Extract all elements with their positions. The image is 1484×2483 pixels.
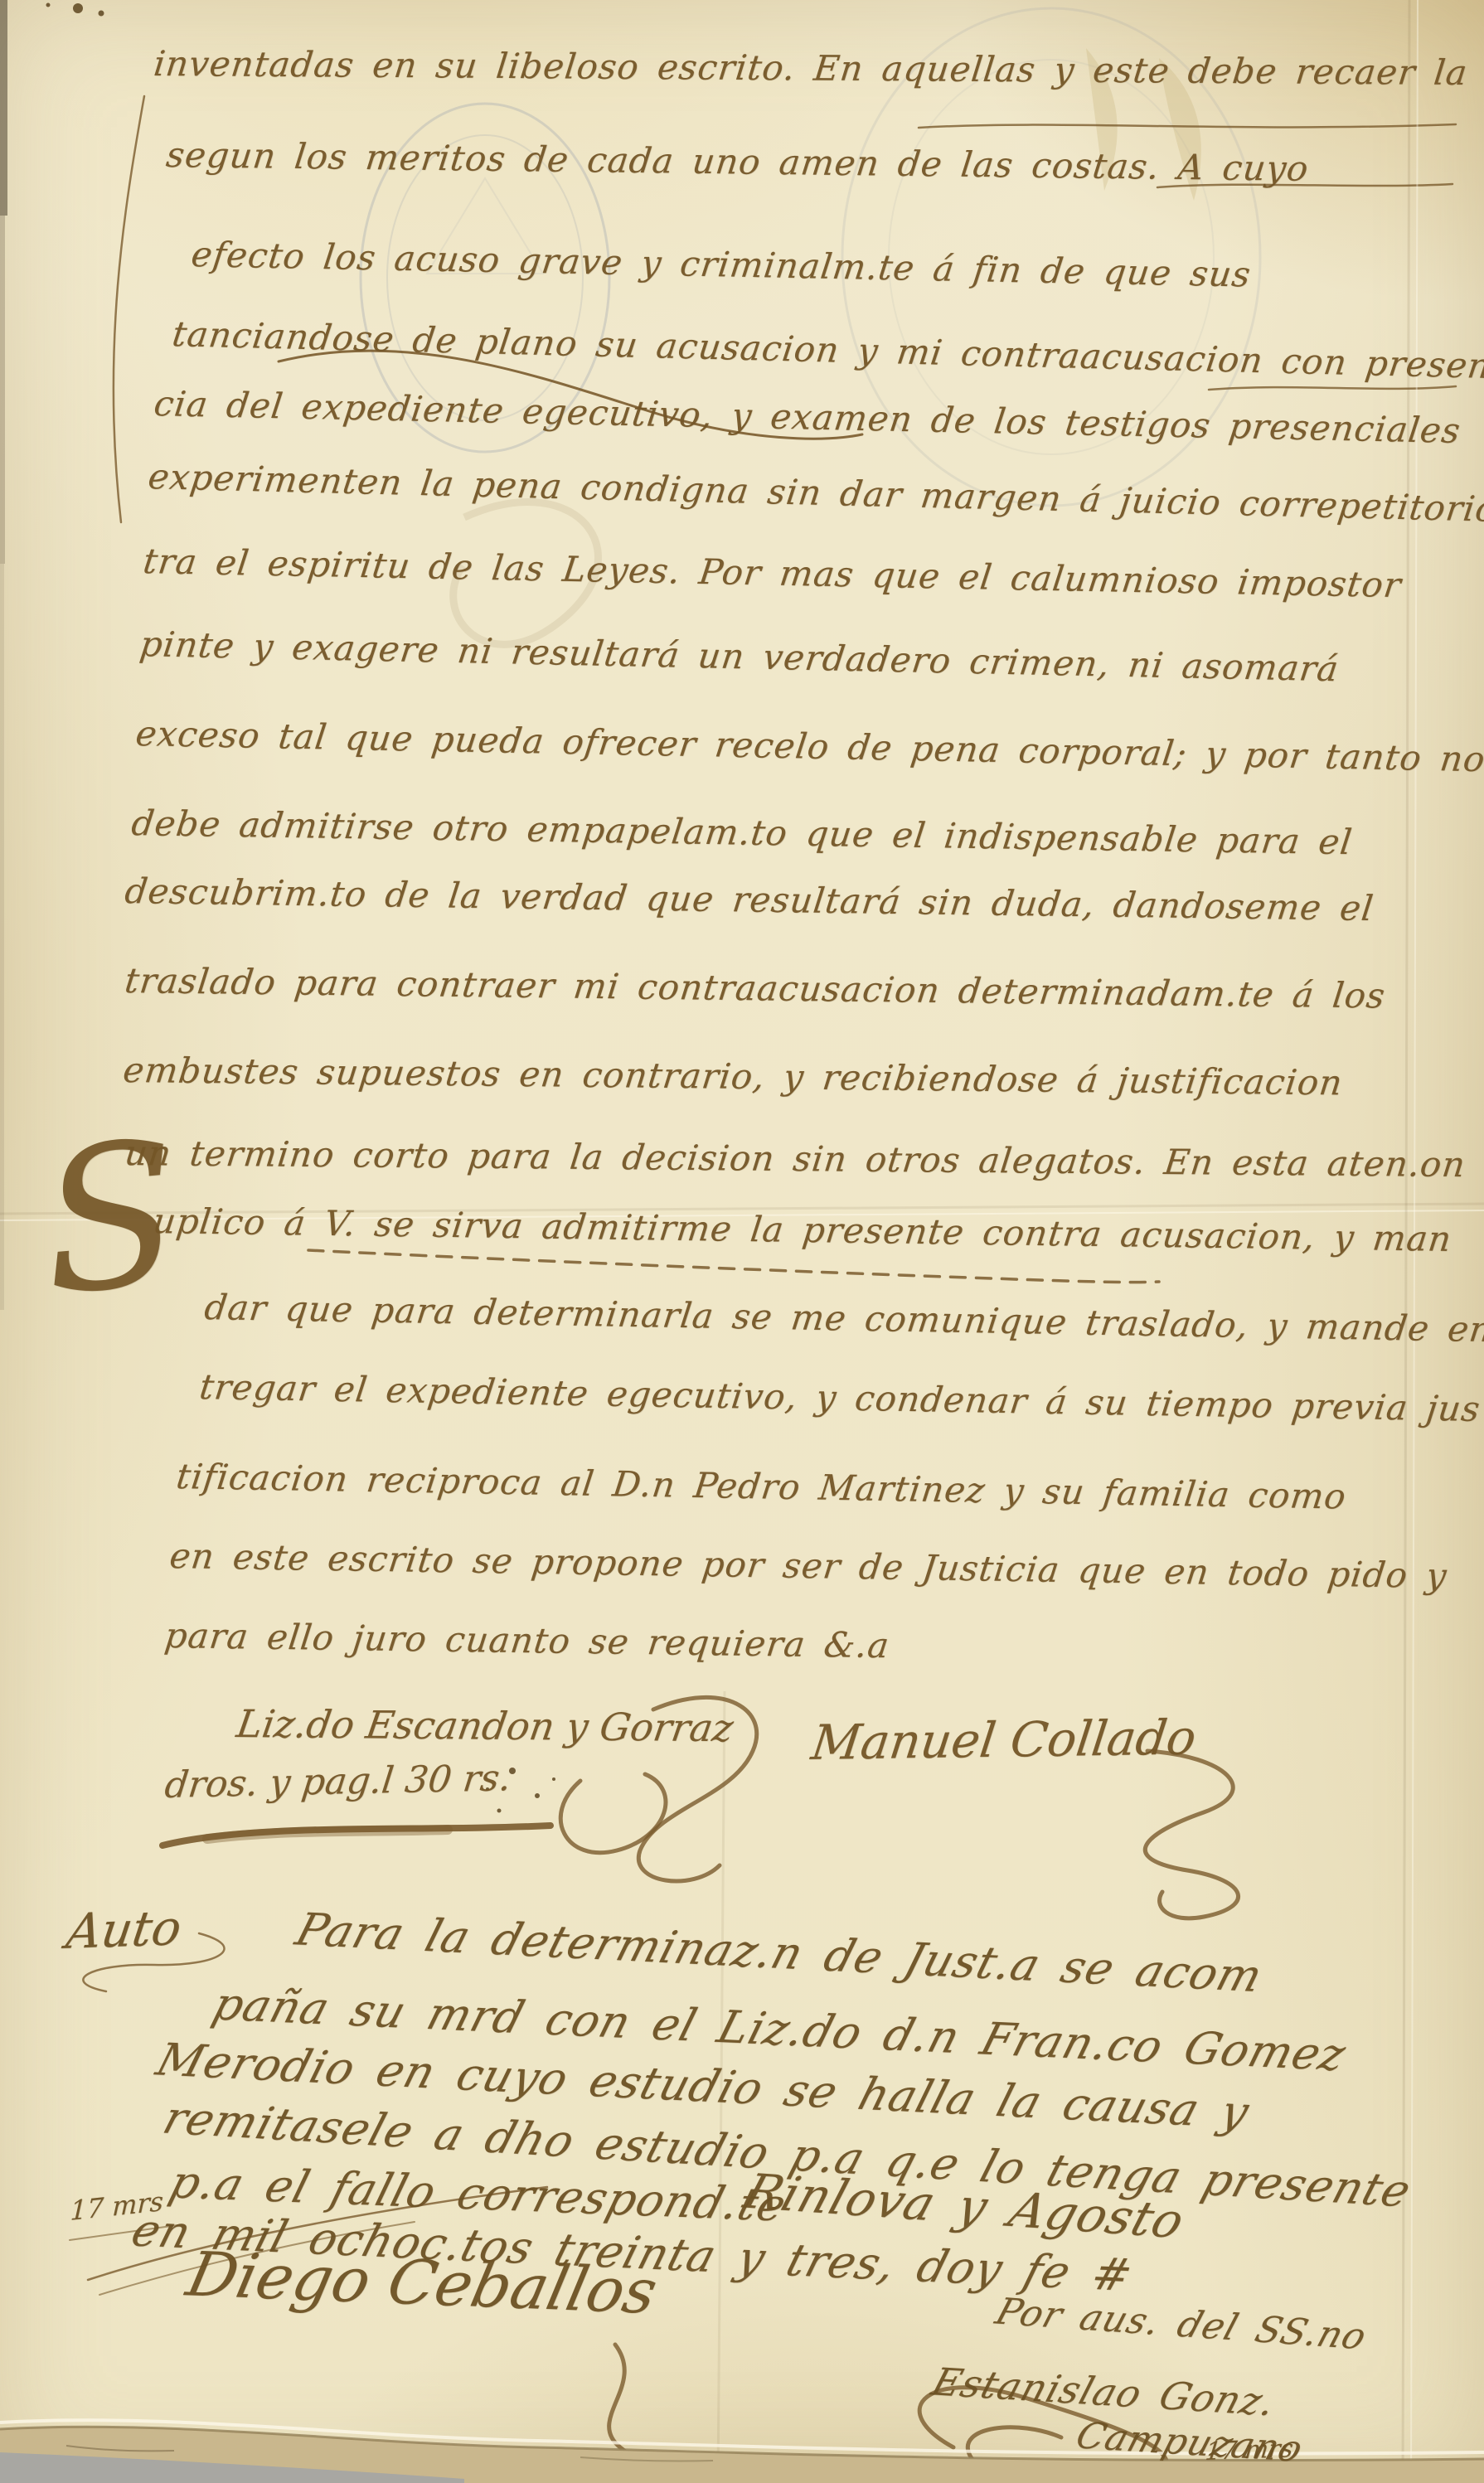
manuscript-line: para ello juro cuanto se requiera &.a	[162, 1615, 892, 1666]
manuscript-line: tra el espiritu de las Leyes. Por mas qu…	[141, 541, 1404, 605]
manuscript-line: experimenten la pena condigna sin dar ma…	[146, 456, 1484, 531]
manuscript-line: traslado para contraer mi contraacusacio…	[123, 960, 1388, 1016]
manuscript-line: inventadas en su libeloso escrito. En aq…	[152, 43, 1484, 94]
manuscript-line: pinte y exagere ni resultará un verdader…	[138, 623, 1341, 689]
manuscript-line: Por aus. del SS.no	[991, 2291, 1372, 2358]
manuscript-line: dar que para determinarla se me comuniqu…	[202, 1287, 1484, 1350]
auto-section-label: Auto	[63, 1899, 185, 1960]
manuscript-line: tificacion reciproca al D.n Pedro Martin…	[174, 1456, 1349, 1517]
manuscript-line: un termino corto para la decision sin ot…	[123, 1132, 1467, 1185]
manuscript-page: inventadas en su libeloso escrito. En aq…	[0, 0, 1484, 2483]
manuscript-line: efecto los acuso grave y criminalm.te á …	[189, 234, 1254, 294]
manuscript-line: segun los meritos de cada uno amen de la…	[164, 134, 1311, 189]
attorney-signature: Liz.do Escandon y Gorraz	[234, 1701, 736, 1750]
manuscript-line: embustes supuestos en contrario, y recib…	[121, 1050, 1345, 1103]
manuscript-line: descubrim.to de la verdad que resultará …	[123, 871, 1376, 929]
party-signature: Manuel Collado	[808, 1709, 1200, 1771]
manuscript-line: uplico á V. se sirva admitirme la presen…	[151, 1200, 1454, 1259]
bottom-right-fee-note: 17 mrs	[1204, 2434, 1295, 2466]
manuscript-line: tanciandose de plano su acusacion y mi c…	[170, 313, 1484, 386]
manuscript-line: Estanislao Gonz.	[927, 2359, 1281, 2424]
manuscript-line: exceso tal que pueda ofrecer recelo de p…	[133, 713, 1484, 779]
manuscript-line: tregar el expediente egecutivo, y conden…	[197, 1366, 1482, 1429]
petition-initial-letter: S	[35, 1115, 187, 1323]
manuscript-line: debe admitirse otro empapelam.to que el …	[129, 803, 1355, 862]
manuscript-line: en este escrito se propone por ser de Ju…	[167, 1535, 1449, 1596]
manuscript-line: cia del expediente egecutivo, y examen d…	[152, 383, 1463, 451]
fees-note: dros. y pag.l 30 rs.	[162, 1757, 513, 1806]
